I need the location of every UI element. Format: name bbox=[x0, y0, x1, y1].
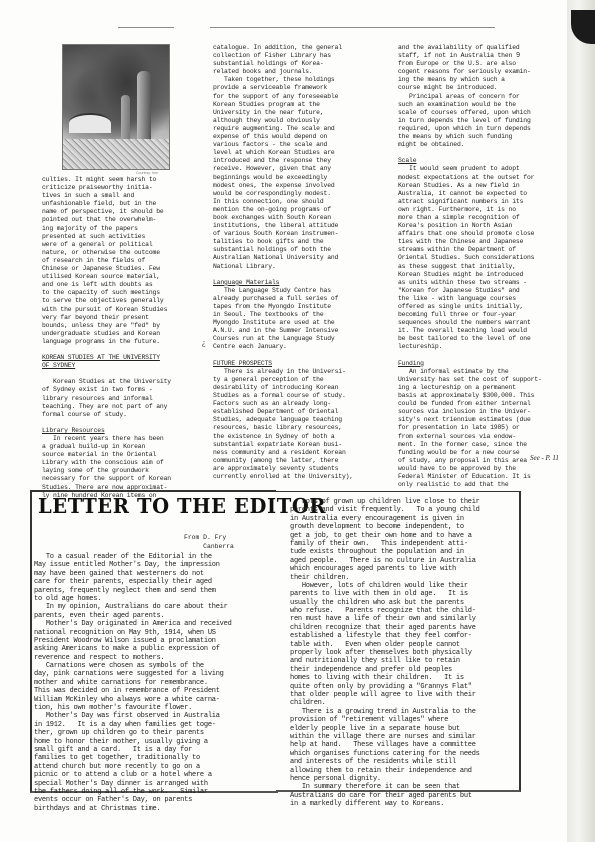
text-line: get a job, to get their own home and to … bbox=[290, 532, 480, 540]
text-line: the fathers doing all of the work. Simil… bbox=[34, 788, 232, 796]
text-line: although they would obviously bbox=[213, 117, 353, 125]
text-line: Australian National University and bbox=[213, 254, 353, 262]
text-line: day, pink carnations were suggested for … bbox=[34, 670, 232, 678]
text-line: events occur on Father's Day, on parents bbox=[34, 796, 232, 804]
text-line: children recognize that their aged paren… bbox=[290, 624, 480, 632]
text-line: as these suggest that initially, bbox=[398, 263, 542, 271]
text-line: ing the means by which such a bbox=[398, 76, 542, 84]
text-line: ing majority of the papers bbox=[42, 225, 171, 233]
text-line: University has set the cost of support- bbox=[398, 376, 542, 384]
text-line: and interests of the residents while sti… bbox=[290, 758, 480, 766]
text-line: ther, grown up children go to their pare… bbox=[34, 729, 232, 737]
letter-location: Canberra bbox=[184, 543, 234, 550]
text-line: birthdays and at Christmas time. bbox=[34, 805, 232, 813]
text-line: established a lifestyle that they feel c… bbox=[290, 632, 480, 640]
text-line: from Europe or the U.S. are also bbox=[398, 60, 542, 68]
text-line: resources, basic library resources, bbox=[213, 424, 353, 432]
text-line: a gradual build-up in Korean bbox=[42, 443, 171, 451]
text-line: national recognition on May 9th, 1914, w… bbox=[34, 629, 232, 637]
text-line: already purchased a full series of bbox=[213, 295, 353, 303]
text-line: the like - with language courses bbox=[398, 295, 542, 303]
text-line: to serve the objectives generally bbox=[42, 297, 171, 305]
text-line: There is a growing trend in Australia to… bbox=[290, 708, 480, 716]
text-line: care for their parents, especially their… bbox=[34, 578, 232, 586]
text-line: mother and white carnations for remembra… bbox=[34, 679, 232, 687]
text-line: tion, his own mother's favourite flower. bbox=[34, 704, 232, 712]
text-line: of study, any proposal in this area bbox=[398, 457, 542, 465]
text-line: In my opinion, Australians do care about… bbox=[34, 603, 232, 611]
text-line: level at which Korean Studies are bbox=[213, 149, 353, 157]
text-line: Principal areas of concern for bbox=[398, 93, 542, 101]
text-line: of Sydney exist in two forms - bbox=[42, 386, 171, 394]
text-line: offered as single units initially, bbox=[398, 303, 542, 311]
text-line: teaching. They are not part of any bbox=[42, 403, 171, 411]
text-line: homes to living with their children. It … bbox=[290, 674, 480, 682]
text-line: Carnations were chosen as symbols of the bbox=[34, 662, 232, 670]
section-heading: OF SYDNEY bbox=[42, 362, 171, 370]
letter-column-left: To a casual reader of the Editorial in t… bbox=[34, 553, 232, 813]
text-line: unfashionable field, but in the bbox=[42, 200, 171, 208]
text-line: A.N.U. and in the Summer Intensive bbox=[213, 327, 353, 335]
text-line: Mother's Day was first observed in Austr… bbox=[34, 712, 232, 720]
article-column-3: and the availability of qualifiedstaff, … bbox=[398, 44, 542, 489]
text-line: reverence and respect to mothers. bbox=[34, 654, 232, 662]
text-line: properly look after themselves both phys… bbox=[290, 649, 480, 657]
text-line: parents, frequently neglect them and sen… bbox=[34, 587, 232, 595]
text-line: name of perspective, it should be bbox=[42, 208, 171, 216]
text-line: might be obtained. bbox=[398, 141, 542, 149]
document-page: Courtesy: Kerr 9 ¿ culties. It might see… bbox=[0, 0, 595, 842]
text-line: modest expectations at the outset for bbox=[398, 174, 542, 182]
section-heading: Language Materials bbox=[213, 279, 353, 287]
text-line: hence personal dignity. bbox=[290, 775, 480, 783]
section-heading: KOREAN STUDIES AT THE UNIVERSITY bbox=[42, 354, 171, 362]
text-line: Oriental Studies. Such considerations bbox=[398, 254, 542, 262]
text-line: from external sources via endow- bbox=[398, 433, 542, 441]
photo-credit: Courtesy: Kerr bbox=[136, 171, 159, 175]
text-line: To a casual reader of the Editorial in t… bbox=[34, 553, 232, 561]
text-line: criticize praiseworthy initia- bbox=[42, 184, 171, 192]
text-line: growth development to become independent… bbox=[290, 523, 480, 531]
text-line: modest ones, the expense involved bbox=[213, 182, 353, 190]
text-line: talities to book gifts and the bbox=[213, 238, 353, 246]
text-line bbox=[42, 370, 171, 378]
text-line: William McKinley who always wore a white… bbox=[34, 696, 232, 704]
text-line: family of their own. This independent at… bbox=[290, 540, 480, 548]
text-line: community (among the latter, there bbox=[213, 457, 353, 465]
text-line: However, lots of children would like the… bbox=[290, 582, 480, 590]
text-line: only realistic to add that the bbox=[398, 481, 542, 489]
letter-author: From D. Fry bbox=[184, 534, 226, 541]
text-line: Federal Minister of Education. It is bbox=[398, 473, 542, 481]
text-line: Lots of grown up children live close to … bbox=[290, 498, 480, 506]
text-line: ment. In the former case, since the bbox=[398, 441, 542, 449]
text-line: aged people. There is no culture in Aust… bbox=[290, 557, 480, 565]
text-line: Factors such as an already long- bbox=[213, 400, 353, 408]
text-line: Mother's Day originated in America and r… bbox=[34, 620, 232, 628]
text-line: which encourages aged parents to live wi… bbox=[290, 565, 480, 573]
text-line: own right. Furthermore, it is no bbox=[398, 206, 542, 214]
text-line: provide a serviceable framework bbox=[213, 84, 353, 92]
text-line: as units within these two streams - bbox=[398, 279, 542, 287]
text-line: Courses run at the Language Study bbox=[213, 335, 353, 343]
text-line: it. The overall teaching load would bbox=[398, 327, 542, 335]
text-line: more than a simple recognition of bbox=[398, 214, 542, 222]
text-line: sity's next triennium estimates (due bbox=[398, 416, 542, 424]
text-line: in Australia every encouragement is give… bbox=[290, 515, 480, 523]
text-line: The Language Study Centre has bbox=[213, 287, 353, 295]
text-line: are approximately seventy students bbox=[213, 465, 353, 473]
text-line: their independence and prefer old people… bbox=[290, 666, 480, 674]
text-line: Korean Studies. As a new field in bbox=[398, 182, 542, 190]
text-line: substantial expatriate Korean busi- bbox=[213, 441, 353, 449]
text-line: culties. It might seem harsh to bbox=[42, 176, 171, 184]
text-line: require augmenting. The scale and bbox=[213, 125, 353, 133]
text-line: nature, or otherwise the outcome bbox=[42, 249, 171, 257]
text-line: small gift and a card. It is a day for bbox=[34, 746, 232, 754]
top-rule-right bbox=[395, 27, 495, 28]
text-line: and the availability of qualified bbox=[398, 44, 542, 52]
text-line: presented at such activities bbox=[42, 233, 171, 241]
text-line: within the village there are nurses and … bbox=[290, 733, 480, 741]
text-line: children. bbox=[290, 699, 480, 707]
article-column-1: culties. It might seem harsh tocriticize… bbox=[42, 176, 171, 500]
text-line: It would seem prudent to adopt bbox=[398, 165, 542, 173]
photo-ground bbox=[63, 139, 169, 169]
text-line: tives in such a small and bbox=[42, 192, 171, 200]
text-line: parents, even their aged parents. bbox=[34, 612, 232, 620]
text-line: in Seoul. The textbooks of the bbox=[213, 311, 353, 319]
text-line: collection of Fisher Library has bbox=[213, 52, 353, 60]
text-line: receive. However, given that any bbox=[213, 165, 353, 173]
text-line: home to honor their mother, usually givi… bbox=[34, 738, 232, 746]
text-line: picnic or to attend a club or a hotel wh… bbox=[34, 771, 232, 779]
text-line: institutions, the liberal attitude bbox=[213, 222, 353, 230]
text-line: Australians do care for their aged paren… bbox=[290, 792, 480, 800]
text-line bbox=[398, 352, 542, 360]
text-line: book exchanges with South Korean bbox=[213, 214, 353, 222]
text-line: In summary therefore it can be seen that bbox=[290, 783, 480, 791]
text-line: special Mother's Day dinner is arranged … bbox=[34, 780, 232, 788]
text-line: catalogue. In addition, the general bbox=[213, 44, 353, 52]
text-line: An informal estimate by the bbox=[398, 368, 542, 376]
text-line: be best tailored to the level of one bbox=[398, 335, 542, 343]
text-line: families to get together, traditionally … bbox=[34, 754, 232, 762]
text-line: Centre each January. bbox=[213, 343, 353, 351]
text-line: for the support of any foreseeable bbox=[213, 93, 353, 101]
text-line: Studies, adequate language teaching bbox=[213, 416, 353, 424]
text-line: that older people will agree to live wit… bbox=[290, 691, 480, 699]
text-line: required, upon which in turn depends bbox=[398, 125, 542, 133]
text-line: and nutritionally they still like to ret… bbox=[290, 657, 480, 665]
text-line: utilised Korean source material, bbox=[42, 273, 171, 281]
section-heading: FUTURE PROSPECTS bbox=[213, 360, 353, 368]
text-line: may have been gained that westerners do … bbox=[34, 570, 232, 578]
margin-mark: ¿ bbox=[202, 338, 206, 347]
text-line: Korea's position in North Asian bbox=[398, 222, 542, 230]
text-line: lectureship. bbox=[398, 343, 542, 351]
text-line: streams within the Department of bbox=[398, 246, 542, 254]
text-line: National Library. bbox=[213, 263, 353, 271]
handwritten-note: See - P. 11 bbox=[530, 454, 559, 462]
section-heading: Scale bbox=[398, 157, 542, 165]
text-line: cogent reasons for seriously examin- bbox=[398, 68, 542, 76]
section-heading: Library Resources bbox=[42, 427, 171, 435]
text-line: basis at approximately $300,000. This bbox=[398, 392, 542, 400]
text-line: Chinese or Japanese Studies. Few bbox=[42, 265, 171, 273]
text-line: usually the children who ask but the par… bbox=[290, 599, 480, 607]
text-line: "Korean for Japanese Studies" and bbox=[398, 287, 542, 295]
section-heading: Funding bbox=[398, 360, 542, 368]
text-line: Korean Studies might be introduced bbox=[398, 271, 542, 279]
text-line: various factors - the scale and bbox=[213, 141, 353, 149]
text-line: such an examination would be the bbox=[398, 101, 542, 109]
text-line: parents to live with them in old age. It… bbox=[290, 590, 480, 598]
text-line: related books and journals. bbox=[213, 68, 353, 76]
text-line: scale of courses offered, upon which bbox=[398, 109, 542, 117]
text-line: ren must have a life of their own and si… bbox=[290, 615, 480, 623]
text-line: In recent years there has been bbox=[42, 435, 171, 443]
text-line: to old age homes. bbox=[34, 595, 232, 603]
text-line: with the pursuit of Korean Studies bbox=[42, 306, 171, 314]
text-line: would have to be approved by the bbox=[398, 465, 542, 473]
text-line: There is already in the Universi- bbox=[213, 368, 353, 376]
top-rule-left bbox=[118, 27, 174, 28]
photo-stone-figure bbox=[137, 71, 151, 149]
photo-tomb-mound bbox=[69, 113, 111, 133]
text-line: who refuse. Parents recognize that the c… bbox=[290, 607, 480, 615]
text-line: sequences should the numbers warrant bbox=[398, 319, 542, 327]
text-line: Korean Studies program at the bbox=[213, 101, 353, 109]
text-line: expense of this would depend on bbox=[213, 133, 353, 141]
text-line bbox=[398, 149, 542, 157]
text-line: in a markedly different way to Koreans. bbox=[290, 800, 480, 808]
text-line: formal course of study. bbox=[42, 411, 171, 419]
text-line: which organises functions catering for t… bbox=[290, 750, 480, 758]
text-line: necessary for the support of Korean bbox=[42, 475, 171, 483]
text-line bbox=[42, 346, 171, 354]
text-line: in turn depends the level of funding bbox=[398, 117, 542, 125]
text-line: attend church but more recently to go on… bbox=[34, 763, 232, 771]
text-line: attract significant numbers in its bbox=[398, 198, 542, 206]
letter-column-right: Lots of grown up children live close to … bbox=[290, 498, 480, 808]
text-line: This was decided on in remembrance of Pr… bbox=[34, 687, 232, 695]
text-line: and one is left with doubts as bbox=[42, 281, 171, 289]
text-line: ty a general perception of the bbox=[213, 376, 353, 384]
text-line: very far beyond their present bbox=[42, 314, 171, 322]
text-line: staff, if not in Australia then bbox=[398, 52, 542, 60]
text-line: affairs that one should promote close bbox=[398, 230, 542, 238]
text-line: help at hand. These villages have a comm… bbox=[290, 741, 480, 749]
text-line: mention the on-going programs of bbox=[213, 206, 353, 214]
text-line: tude exists throughout the population an… bbox=[290, 548, 480, 556]
text-line: desirability of introducing Korean bbox=[213, 384, 353, 392]
text-line: President Woodrow Wilson issued a procla… bbox=[34, 637, 232, 645]
text-line bbox=[42, 419, 171, 427]
text-line: pointed out that the overwhelm- bbox=[42, 216, 171, 224]
text-line: for presentation in late 1985) or bbox=[398, 424, 542, 432]
text-line: library resources and informal bbox=[42, 395, 171, 403]
text-line: the means by which such funding bbox=[398, 133, 542, 141]
korean-statue-photo bbox=[62, 44, 170, 170]
text-line: Taken together, these holdings bbox=[213, 76, 353, 84]
text-line bbox=[213, 352, 353, 360]
text-line: ing a lectureship on a permanent bbox=[398, 384, 542, 392]
text-line: substantial holdings of both the bbox=[213, 246, 353, 254]
text-line: Korean Studies at the University bbox=[42, 378, 171, 386]
photo-stone-figure-small bbox=[121, 95, 130, 145]
text-line: substantial holdings of Korea- bbox=[213, 60, 353, 68]
text-line: May issue entitled Mother's Day, the imp… bbox=[34, 561, 232, 569]
text-line: quite often only by providing a "Grannys… bbox=[290, 683, 480, 691]
text-line: tapes from the Myongdo Institute bbox=[213, 303, 353, 311]
text-line: provision of "retirement villages" where bbox=[290, 716, 480, 724]
text-line: of research in the fields of bbox=[42, 257, 171, 265]
text-line: introduced and the response they bbox=[213, 157, 353, 165]
text-line: to the capacity of such meetings bbox=[42, 289, 171, 297]
text-line: ness community and a resident Korean bbox=[213, 449, 353, 457]
text-line: ties with the Chinese and Japanese bbox=[398, 238, 542, 246]
text-line: In this connection, one should bbox=[213, 198, 353, 206]
letter-title: LETTER TO THE EDITOR bbox=[38, 494, 326, 518]
text-line: University in the near future, bbox=[213, 109, 353, 117]
text-line: source material in the Oriental bbox=[42, 451, 171, 459]
text-line: their children. bbox=[290, 574, 480, 582]
text-line: would be correspondingly modest. bbox=[213, 190, 353, 198]
page-edge-shadow bbox=[567, 0, 595, 842]
text-line: were of a general or political bbox=[42, 241, 171, 249]
text-line: undergraduate studies and Korean bbox=[42, 330, 171, 338]
text-line: asking Americans to make a public expres… bbox=[34, 645, 232, 653]
text-line: of various South Korean instrumen- bbox=[213, 230, 353, 238]
text-line: established Department of Oriental bbox=[213, 408, 353, 416]
text-line: Myongdo Institute are used at the bbox=[213, 319, 353, 327]
text-line: could be funded from either internal bbox=[398, 400, 542, 408]
text-line: currently enrolled at the University), bbox=[213, 473, 353, 481]
text-line: sources via inclusion in the Univer- bbox=[398, 408, 542, 416]
text-line: elderly people live in a separate house … bbox=[290, 725, 480, 733]
text-line: parents and visit frequently. To a young… bbox=[290, 506, 480, 514]
text-line bbox=[213, 271, 353, 279]
text-line: Library with the conscious aim of bbox=[42, 459, 171, 467]
text-line: bounds, unless they are "fed" by bbox=[42, 322, 171, 330]
text-line: Studies as a formal course of study. bbox=[213, 392, 353, 400]
text-line: becoming full three or four-year bbox=[398, 311, 542, 319]
text-line: laying some of the groundwork bbox=[42, 467, 171, 475]
text-line: funding would be for a new course bbox=[398, 449, 542, 457]
text-line: course might be introduced. bbox=[398, 84, 542, 92]
text-line: in 1912. It is a day when families get t… bbox=[34, 721, 232, 729]
text-line: the existence in Sydney of both a bbox=[213, 433, 353, 441]
letter-from: From D. Fry Canberra bbox=[184, 533, 234, 551]
top-rule-middle bbox=[210, 27, 395, 28]
text-line: allowing them to retain their independen… bbox=[290, 767, 480, 775]
text-line: Australia, it cannot be expected to bbox=[398, 190, 542, 198]
text-line: language programs in the future. bbox=[42, 338, 171, 346]
article-column-2: catalogue. In addition, the generalcolle… bbox=[213, 44, 353, 481]
text-line: table with. Even when older people canno… bbox=[290, 641, 480, 649]
text-line: beginnings would be exceedingly bbox=[213, 174, 353, 182]
